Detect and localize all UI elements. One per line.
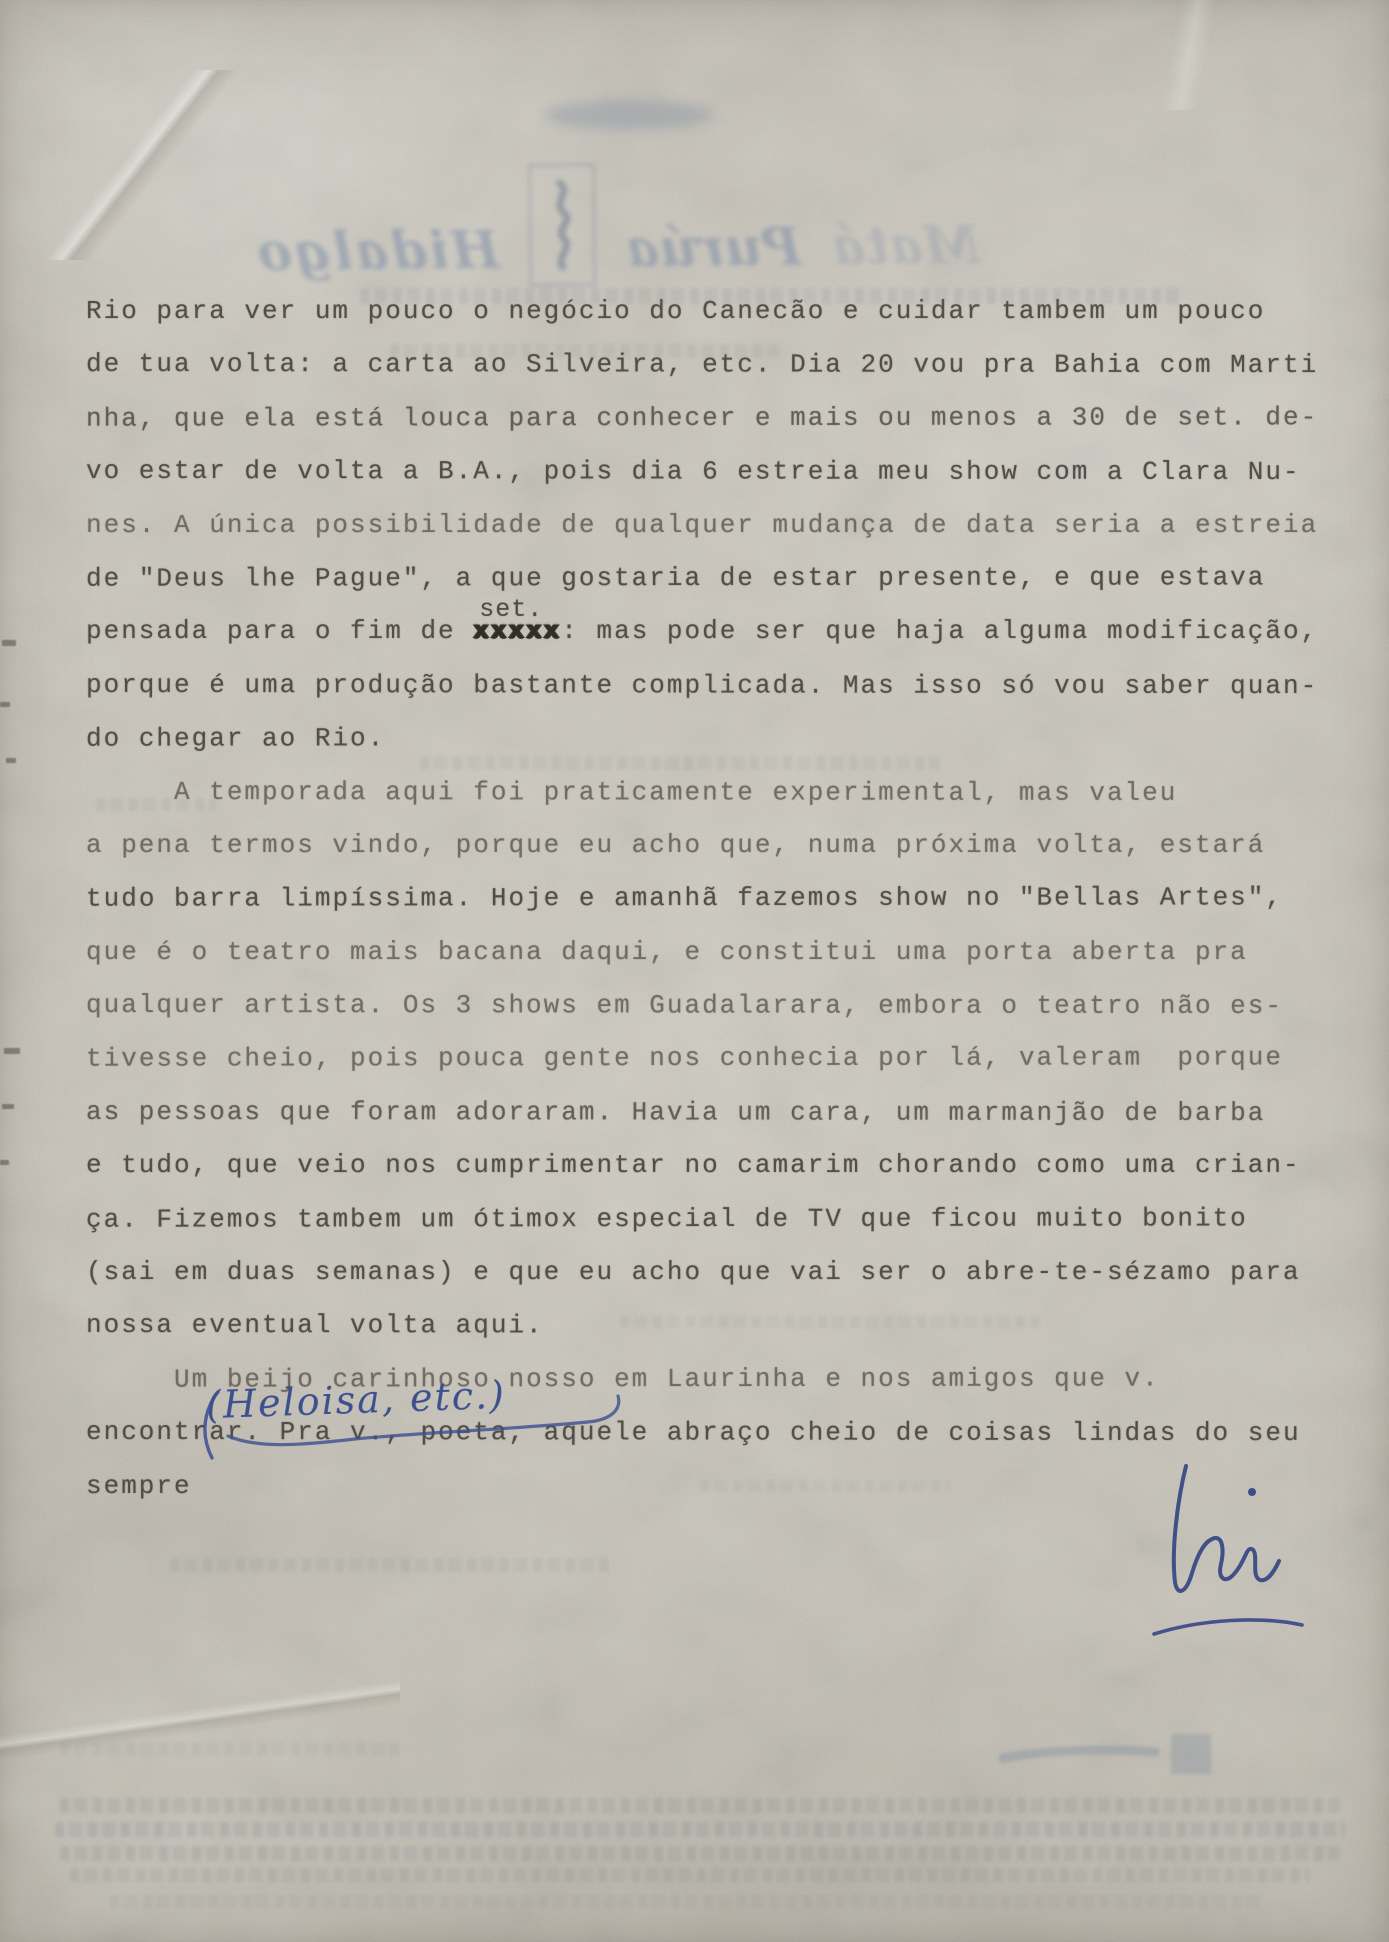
letterhead-word: Matá <box>831 215 981 278</box>
typed-line: nes. A única possibilidade de qualquer m… <box>86 499 1356 552</box>
scan-speck <box>0 1160 9 1165</box>
typed-line: vo estar de volta a B.A., pois dia 6 est… <box>86 445 1356 499</box>
typed-line: nha, que ela está louca para conhecer e … <box>86 391 1356 446</box>
letterhead-bleedthrough: Matá Purúa Hidalgo <box>149 146 980 285</box>
typed-line: que é o teatro mais bacana daqui, e cons… <box>86 926 1356 979</box>
paper-crease <box>980 0 1389 110</box>
typed-line: e tudo, que veio nos cumprimentar no cam… <box>86 1139 1356 1192</box>
typed-line: (sai em duas semanas) e que eu acho que … <box>86 1246 1356 1299</box>
bleedthrough-smudge <box>60 1798 1340 1813</box>
typed-line: Rio para ver um pouco o negócio do Canec… <box>86 285 1356 338</box>
typed-line: A temporada aqui foi praticamente experi… <box>86 765 1356 819</box>
scan-speck <box>2 640 16 646</box>
typed-line: as pessoas que foram adoraram. Havia um … <box>86 1086 1356 1140</box>
letterhead-logo-glyph <box>542 177 583 273</box>
typed-line: nossa eventual volta aqui. <box>86 1299 1356 1353</box>
typed-line: pensada para o fim de xxxxxset.: mas pod… <box>86 605 1356 658</box>
bleedthrough-smudge <box>70 1868 1310 1882</box>
typed-line: tudo barra limpíssima. Hoje e amanhã faz… <box>86 872 1356 927</box>
typed-line: tivesse cheio, pois pouca gente nos conh… <box>86 1032 1356 1087</box>
scan-speck <box>4 1048 20 1054</box>
inserted-correction: set. <box>479 583 543 636</box>
typed-line: de "Deus lhe Pague", a que gostaria de e… <box>86 551 1356 606</box>
typed-line: Um beijo carinhoso nosso em Laurinha e n… <box>86 1352 1356 1407</box>
bleedthrough-smudge <box>110 1895 1260 1908</box>
typed-line: a pena termos vindo, porque eu acho que,… <box>86 819 1356 872</box>
typed-line: qualquer artista. Os 3 shows em Guadalar… <box>86 979 1356 1033</box>
overstruck-word: xxxxxset. <box>473 616 561 646</box>
typed-line: sempre <box>86 1460 1356 1513</box>
typed-line: porque é uma produção bastante complicad… <box>86 659 1356 713</box>
bleedthrough-smudge <box>60 1846 1340 1861</box>
typed-line: de tua volta: a carta ao Silveira, etc. … <box>86 338 1356 392</box>
letterhead-word: Purúa <box>625 217 801 280</box>
paper-crease <box>0 70 320 260</box>
scan-speck <box>0 702 10 707</box>
paper-crease <box>0 1660 400 1780</box>
scan-speck <box>2 1104 14 1109</box>
bleedthrough-stamp <box>995 1728 1225 1780</box>
letterhead-logo-box <box>529 164 596 287</box>
scan-speck <box>6 758 16 763</box>
letterhead-word: Hidalgo <box>256 220 500 284</box>
letterhead-smudge <box>545 100 715 130</box>
bleedthrough-smudge <box>60 1742 400 1755</box>
bleedthrough-smudge <box>170 1558 610 1572</box>
typed-text: Rio para ver um pouco o negócio do Canec… <box>86 285 1356 1513</box>
letter-page: Matá Purúa Hidalgo Rio para ver um pouco… <box>0 0 1389 1942</box>
bleedthrough-smudge <box>55 1822 1345 1837</box>
typed-line: do chegar ao Rio. <box>86 711 1356 766</box>
typed-line: ça. Fizemos tambem um ótimox especial de… <box>86 1192 1356 1247</box>
typed-line: encontrar. Pra v., poeta, aquele abraço … <box>86 1406 1356 1460</box>
